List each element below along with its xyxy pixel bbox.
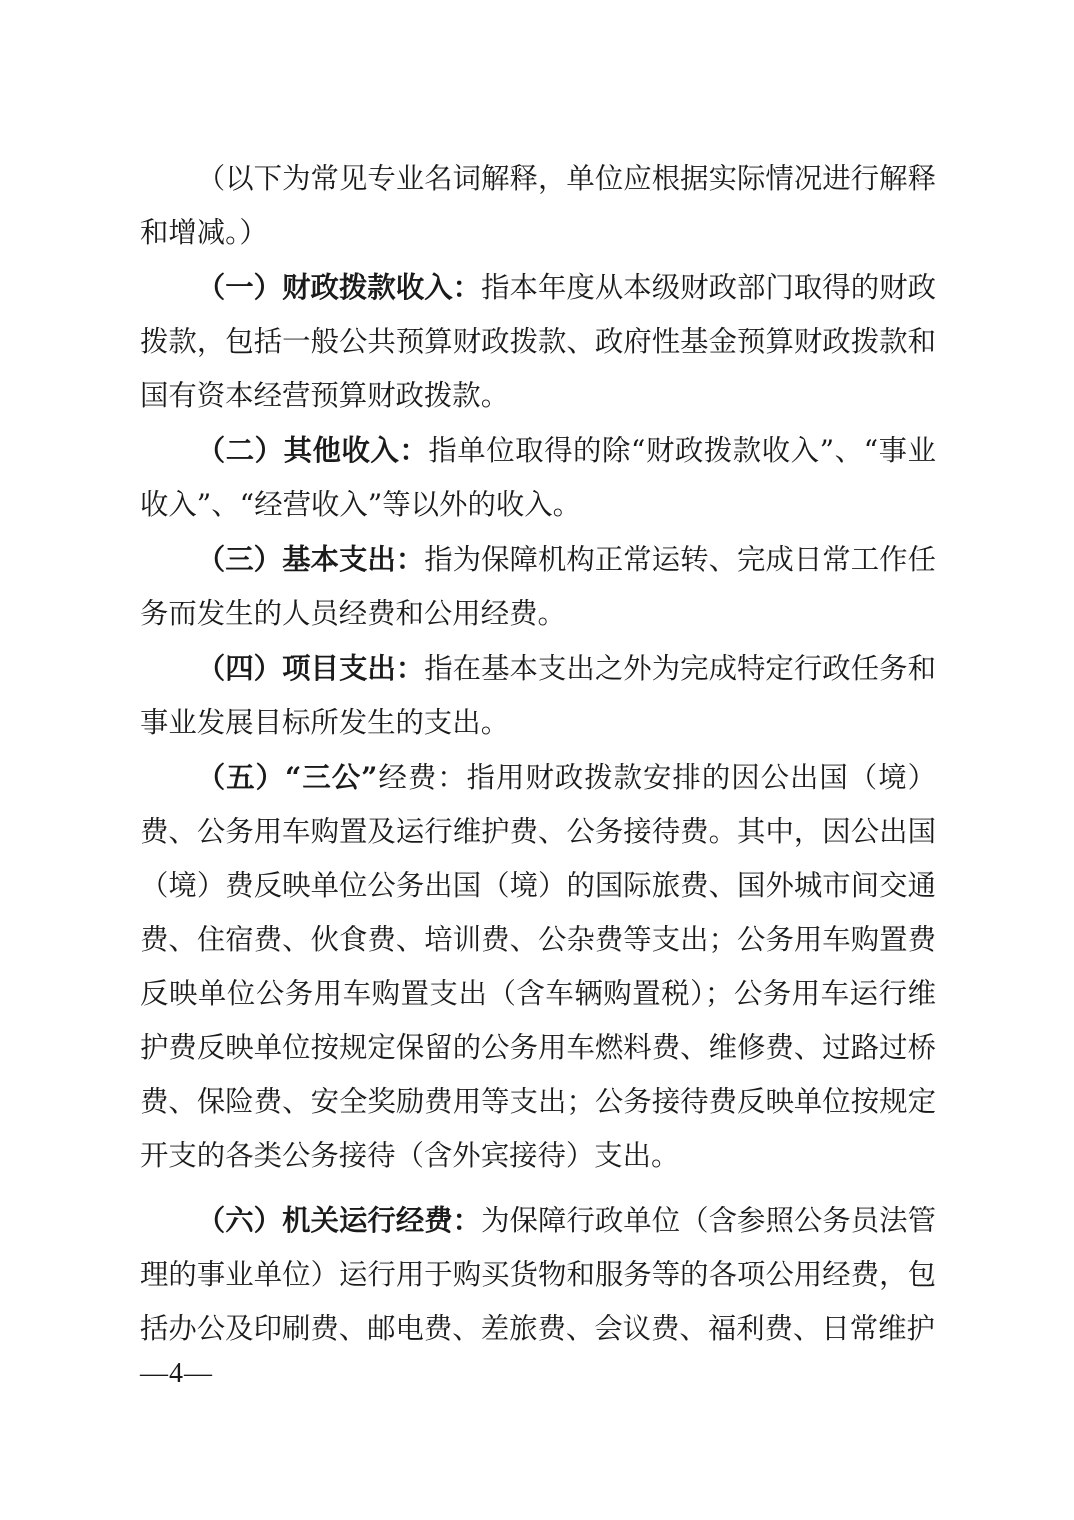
term-label: （四）项目支出： <box>197 651 424 685</box>
definition-other-income: （二）其他收入：指单位取得的除“财政拨款收入”、“事业收入”、“经营收入”等以外… <box>140 423 936 532</box>
definition-project-expenditure: （四）项目支出：指在基本支出之外为完成特定行政任务和事业发展目标所发生的支出。 <box>140 641 936 750</box>
term-definition: 经费：指用财政拨款安排的因公出国（境）费、公务用车购置及运行维护费、公务接待费。… <box>140 761 936 1172</box>
intro-paragraph: （以下为常见专业名词解释，单位应根据实际情况进行解释和增减。） <box>140 152 936 260</box>
page-number: —4— <box>140 1358 213 1390</box>
definition-basic-expenditure: （三）基本支出：指为保障机构正常运转、完成日常工作任务而发生的人员经费和公用经费… <box>140 532 936 641</box>
definition-agency-operating-expenses: （六）机关运行经费：为保障行政单位（含参照公务员法管理的事业单位）运行用于购买货… <box>140 1193 936 1356</box>
term-label: （三）基本支出： <box>197 542 424 576</box>
definition-fiscal-appropriation-income: （一）财政拨款收入：指本年度从本级财政部门取得的财政拨款，包括一般公共预算财政拨… <box>140 260 936 423</box>
term-label: （一）财政拨款收入： <box>197 270 481 304</box>
term-label: （六）机关运行经费： <box>197 1203 481 1237</box>
term-label: （二）其他收入： <box>197 433 429 467</box>
document-body: （以下为常见专业名词解释，单位应根据实际情况进行解释和增减。） （一）财政拨款收… <box>140 152 936 1356</box>
definition-three-public-expenses: （五）“三公”经费：指用财政拨款安排的因公出国（境）费、公务用车购置及运行维护费… <box>140 750 936 1183</box>
term-label: （五）“三公” <box>197 760 378 794</box>
